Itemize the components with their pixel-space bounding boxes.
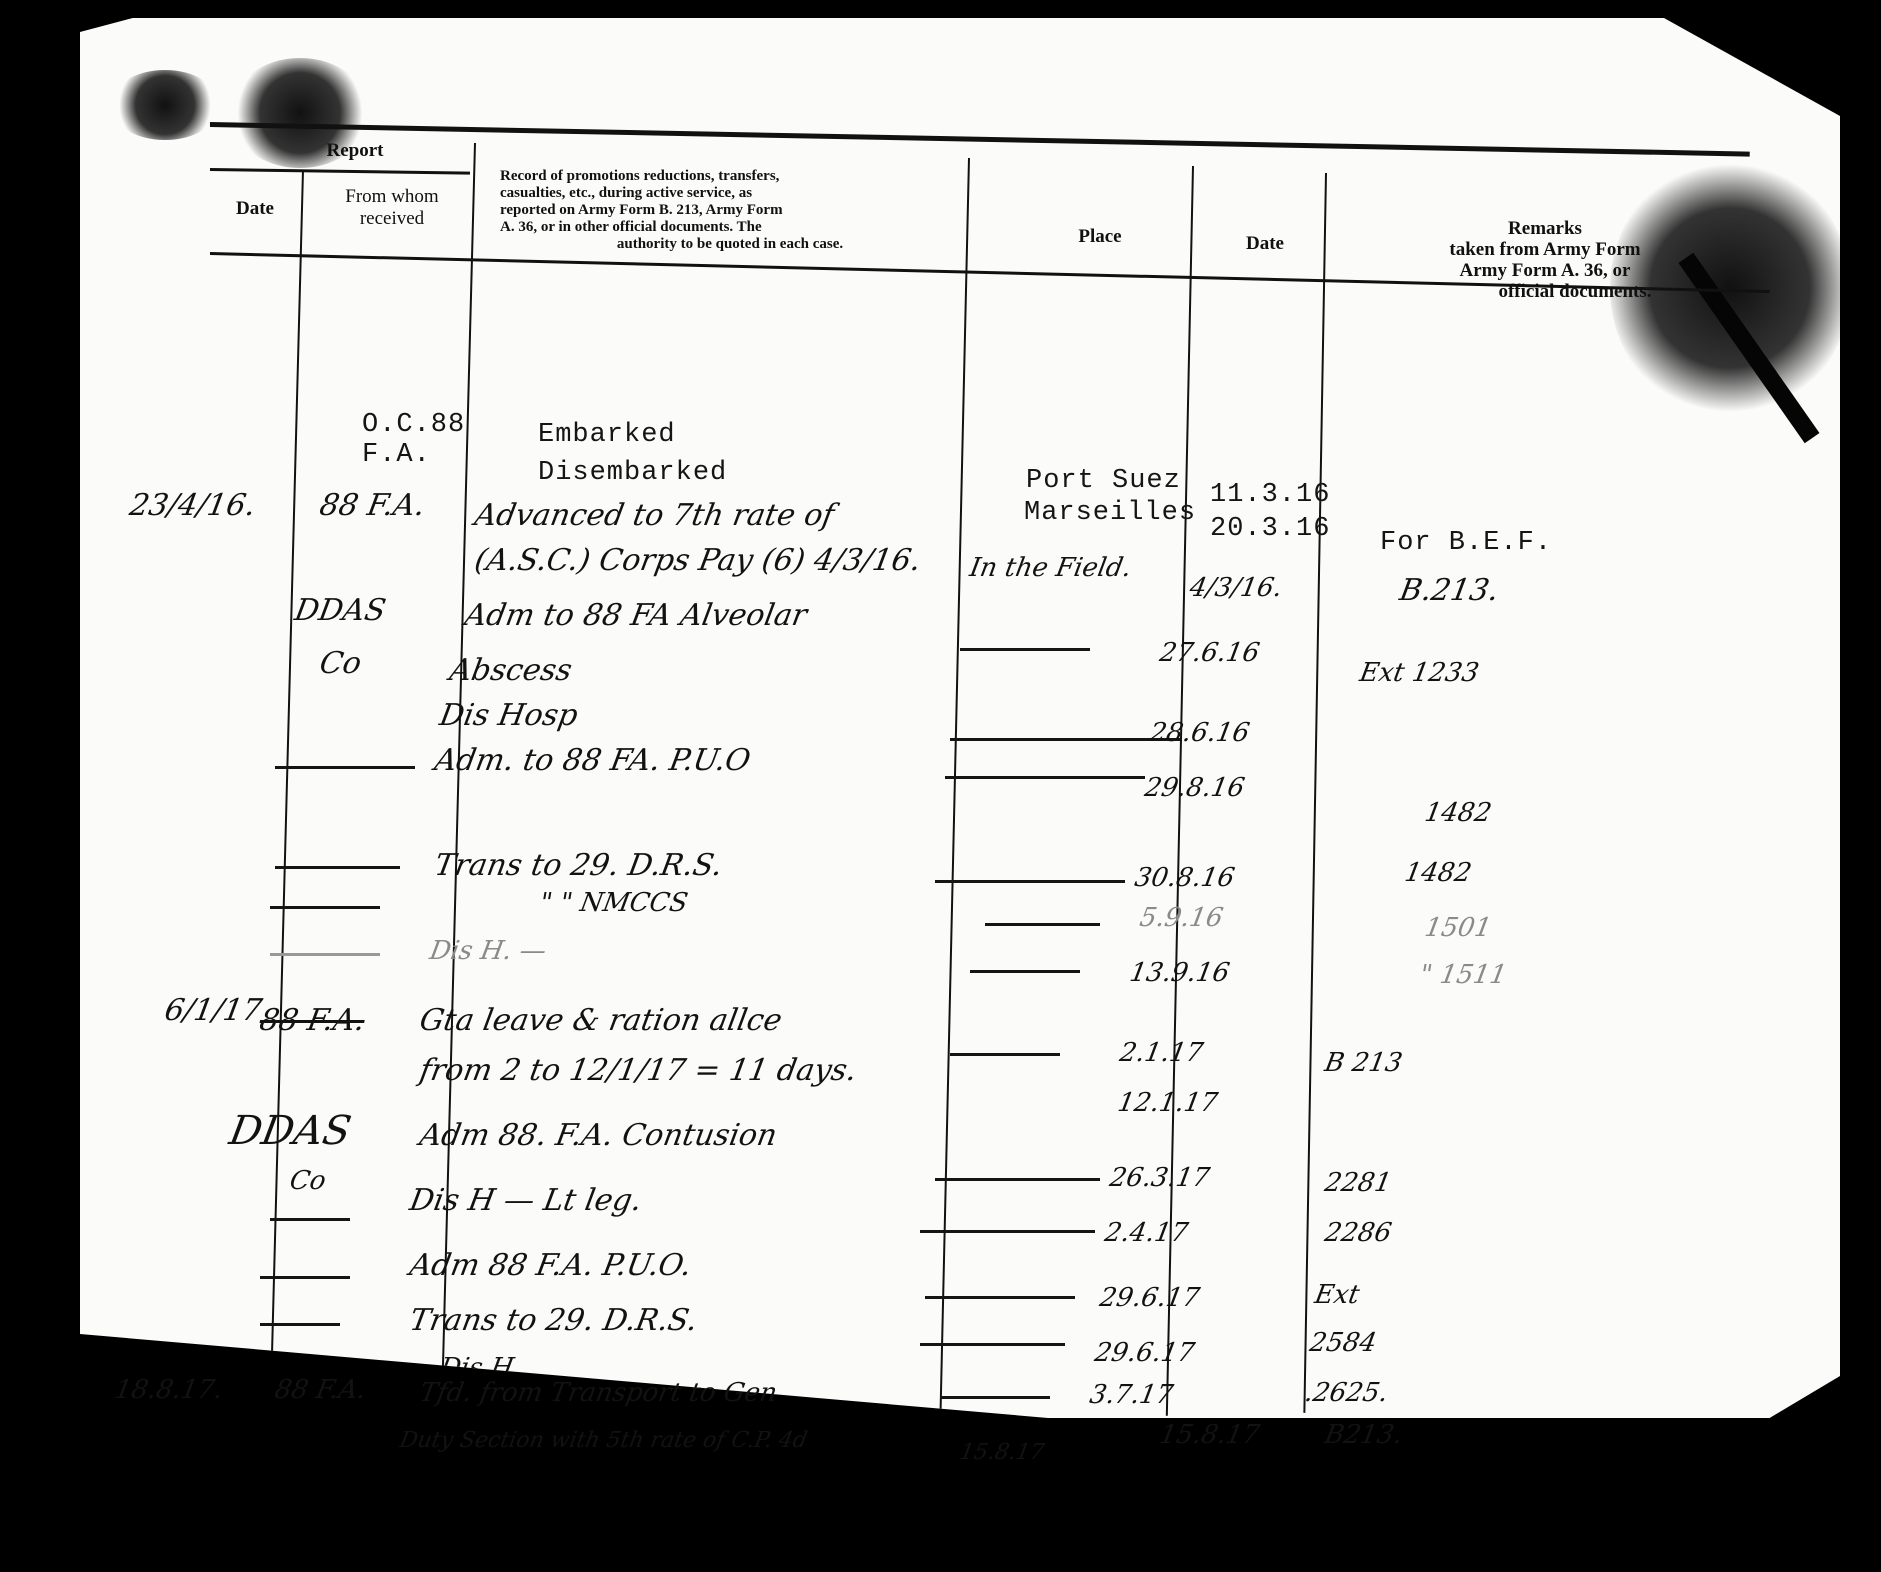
row-14-from-whom-ditto (260, 1323, 340, 1326)
col-rule-record (939, 158, 970, 1418)
row-3-from-whom: Co (317, 646, 364, 681)
row-15-place-ditto (940, 1396, 1050, 1399)
row-12-remarks: 2286 (1322, 1218, 1393, 1248)
row-14-remarks: 2584 (1307, 1328, 1378, 1358)
typed-from-whom-2: F.A. (362, 440, 431, 470)
ink-stain-top-left (110, 70, 220, 140)
row-12-date: 2.4.17 (1102, 1218, 1190, 1248)
row-5-place-ditto (945, 776, 1145, 779)
row-6-from-whom-ditto (275, 866, 400, 869)
row-6-record: Trans to 29. D.R.S. (432, 848, 725, 883)
row-15-remarks: .2625. (1302, 1378, 1390, 1408)
row-15-from-whom-ditto (265, 1363, 325, 1366)
typed-embarked: Embarked (538, 420, 676, 450)
row-1-place: In the Field. (967, 553, 1133, 583)
row-7-remarks: 1501 (1422, 913, 1493, 943)
row-16-record: Tfd. from Transport to Gen (417, 1378, 779, 1408)
row-9-from-whom: 88 F.A. (257, 1003, 368, 1038)
row-1-record: (A.S.C.) Corps Pay (6) 4/3/16. (472, 543, 924, 578)
row-2-from-whom: DDAS (292, 593, 388, 628)
row-11-place-ditto (935, 1178, 1100, 1181)
row-5-record: Adm. to 88 FA. P.U.O (432, 743, 753, 778)
row-16-report-date: 18.8.17. (112, 1375, 225, 1405)
row-10-record: from 2 to 12/1/17 = 11 days. (417, 1053, 859, 1088)
typed-from-whom-1: O.C.88 (362, 410, 465, 440)
row-15-date: 3.7.17 (1087, 1380, 1175, 1410)
header-record: Record of promotions reductions, transfe… (500, 168, 960, 253)
row-2-remarks: Ext 1233 (1357, 658, 1481, 688)
row-12-record: Dis H — Lt leg. (407, 1183, 645, 1218)
col-rule-date (1303, 173, 1327, 1413)
row-1-date: 4/3/16. (1187, 573, 1284, 603)
row-11-date: 26.3.17 (1107, 1163, 1212, 1193)
typed-place-port-suez: Port Suez (1026, 466, 1181, 496)
row-13-from-whom-ditto (260, 1276, 350, 1279)
typed-place-marseilles: Marseilles (1024, 498, 1196, 528)
row-7-date: 5.9.16 (1137, 903, 1225, 933)
typed-remarks-bef: For B.E.F. (1380, 528, 1552, 558)
row-9-remarks: B 213 (1322, 1048, 1404, 1078)
row-0-from-whom: 88 F.A. (317, 488, 428, 523)
row-10-date: 12.1.17 (1115, 1088, 1220, 1118)
row-2-record: Adm to 88 FA Alveolar (462, 598, 810, 633)
row-7-place-ditto (985, 923, 1100, 926)
row-8-remarks: " 1511 (1417, 960, 1509, 990)
row-14-place-ditto (920, 1343, 1065, 1346)
row-4-date: 28.6.16 (1147, 718, 1252, 748)
row-8-date: 13.9.16 (1127, 958, 1232, 988)
row-12-from-whom-ditto (270, 1218, 350, 1221)
row-9-place-ditto (950, 1053, 1060, 1056)
row-14-date: 29.6.17 (1092, 1338, 1197, 1368)
row-9-date: 2.1.17 (1117, 1038, 1205, 1068)
typed-date-1: 11.3.16 (1210, 480, 1330, 510)
row-13-remarks: Ext (1312, 1280, 1361, 1310)
col-rule-report-date (270, 170, 304, 1410)
row-2-date: 27.6.16 (1157, 638, 1262, 668)
row-16-date: 15.8.17 (1157, 1420, 1262, 1450)
row-6-place-ditto (935, 880, 1125, 883)
header-remarks: Remarks taken from Army Form Army Form A… (1380, 218, 1710, 302)
row-6-date: 30.8.16 (1132, 863, 1237, 893)
row-8-from-whom-ditto (270, 953, 380, 956)
row-13-record: Adm 88 F.A. P.U.O. (407, 1248, 694, 1283)
row-5-date: 29.8.16 (1142, 773, 1247, 803)
row-16-from-whom: 88 F.A. (272, 1375, 368, 1405)
row-4-record: Dis Hosp (437, 698, 581, 733)
report-subrule (210, 168, 470, 175)
row-11-remarks: 2281 (1322, 1168, 1393, 1198)
row-4-place-ditto (950, 738, 1180, 741)
row-7-record: " " NMCCS (537, 888, 690, 918)
row-11-from-whom: DDAS (226, 1108, 355, 1154)
row-7-from-whom-ditto (270, 906, 380, 909)
row-5-remarks: 1482 (1422, 798, 1493, 828)
row-11-record: Adm 88. F.A. Contusion (417, 1118, 780, 1153)
row-14-record: Trans to 29. D.R.S. (407, 1303, 700, 1338)
row-17-record: Duty Section with 5th rate of C.P. 4d (398, 1428, 809, 1453)
row-13-date: 29.6.17 (1097, 1283, 1202, 1313)
row-5-from-whom-ditto (275, 766, 415, 769)
row-6-remarks: 1482 (1402, 858, 1473, 888)
row-9-report-date: 6/1/17 (162, 993, 265, 1028)
header-report: Report (295, 140, 415, 162)
row-9-record: Gta leave & ration allce (417, 1003, 785, 1038)
document-sheet: Report Date From whom received Record of… (80, 18, 1840, 1418)
row-16-remarks: B213. (1322, 1420, 1404, 1450)
row-3-record: Abscess (447, 653, 575, 688)
typed-date-2: 20.3.16 (1210, 514, 1330, 544)
row-0-report-date: 23/4/16. (127, 488, 258, 523)
row-17-place: 15.8.17 (958, 1440, 1046, 1465)
header-report-date: Date (210, 198, 300, 220)
row-12-place-ditto (920, 1230, 1095, 1233)
row-13-place-ditto (925, 1296, 1075, 1299)
row-2-place-ditto (960, 648, 1090, 651)
row-0-record: Advanced to 7th rate of (472, 498, 837, 533)
header-date: Date (1210, 233, 1320, 255)
row-8-record: Dis H. — (427, 936, 548, 966)
header-from-whom: From whom received (312, 186, 472, 230)
typed-disembarked: Disembarked (538, 458, 727, 488)
header-top-rule (210, 122, 1750, 157)
row-1-remarks: B.213. (1397, 573, 1502, 608)
header-place: Place (1030, 226, 1170, 248)
row-8-place-ditto (970, 970, 1080, 973)
row-12-from-whom: Co (287, 1166, 328, 1196)
